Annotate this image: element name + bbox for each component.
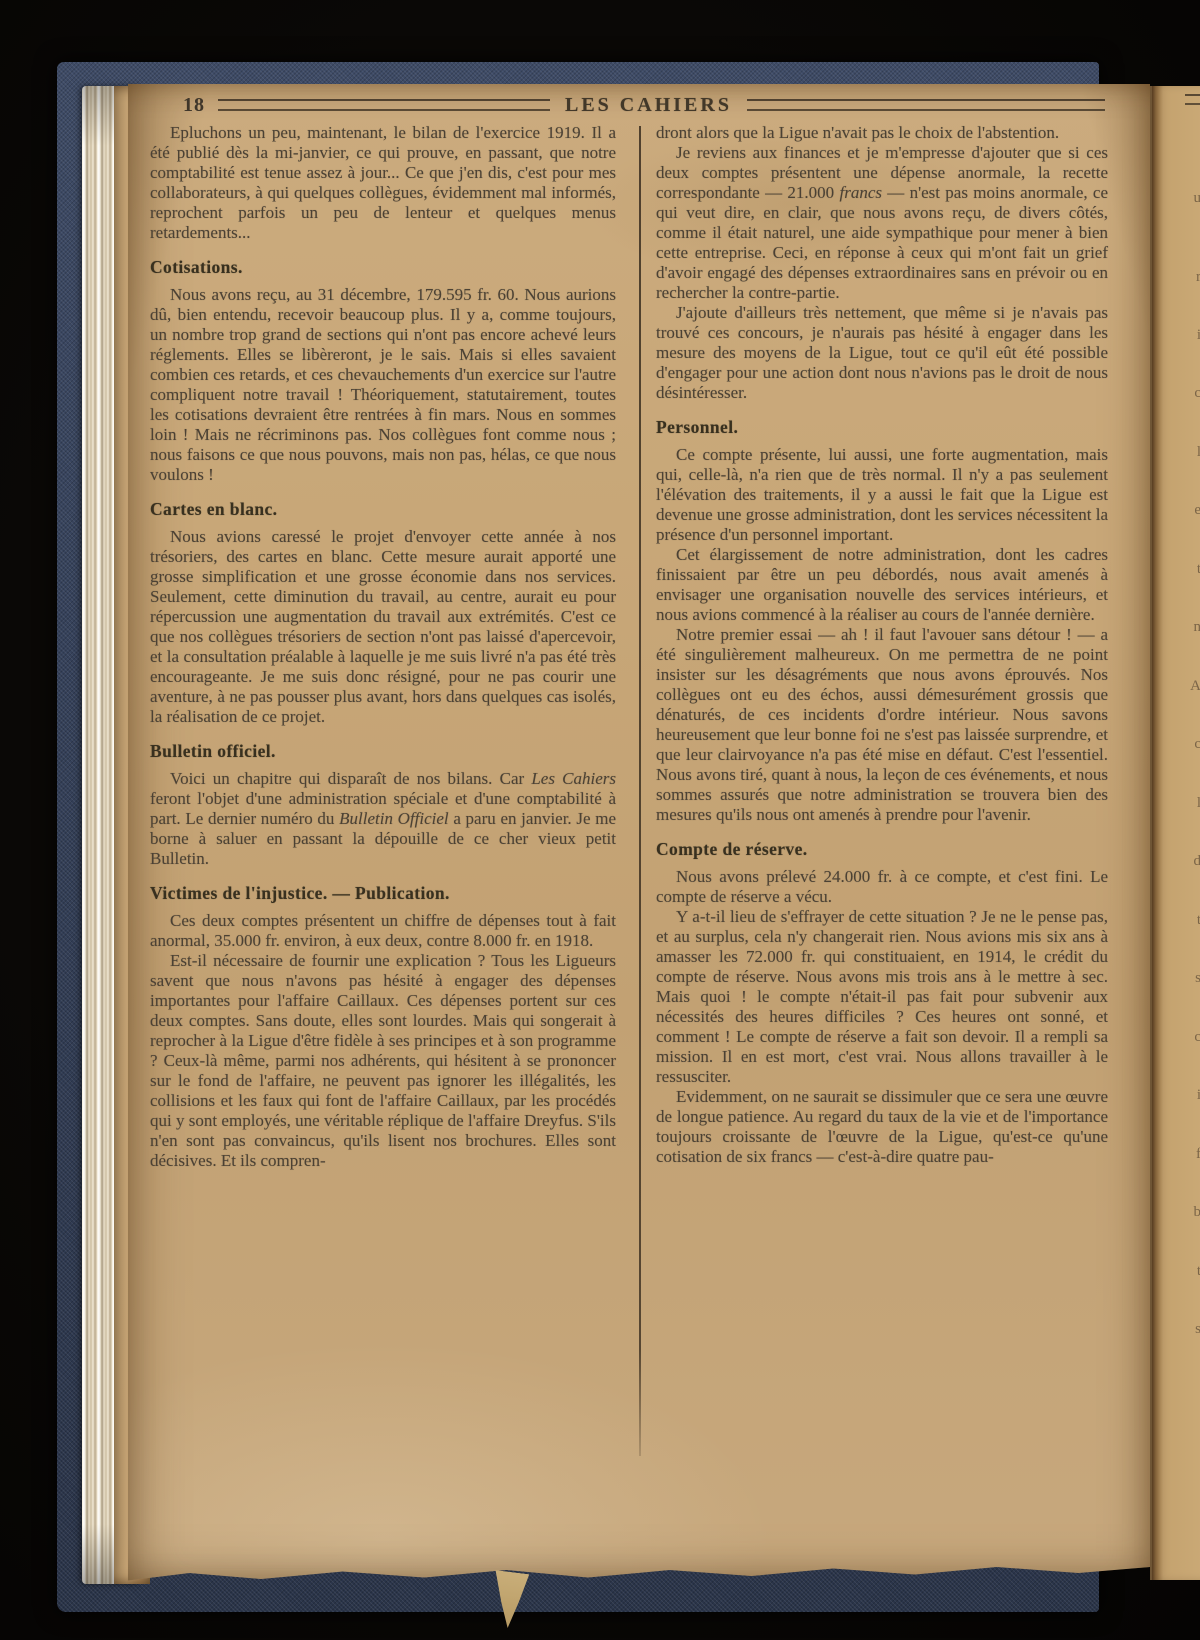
facing-page-fragment: u: [1194, 190, 1200, 207]
facing-page-fragment: s: [1195, 970, 1200, 987]
facing-page-fragment: f: [1196, 1146, 1200, 1163]
facing-page-fragment: b: [1194, 1204, 1200, 1221]
facing-page: uricletnAcldtscifbts: [1150, 86, 1200, 1580]
facing-page-fragment: c: [1194, 736, 1200, 753]
facing-page-fragment: A: [1190, 678, 1200, 695]
facing-page-fragment: s: [1195, 1321, 1200, 1338]
facing-page-rule-fragment: [1185, 94, 1200, 105]
journal-title: LES CAHIERS: [565, 94, 732, 117]
section-heading: Cotisations.: [150, 257, 616, 277]
paragraph: Notre premier essai — ah ! il faut l'avo…: [656, 625, 1108, 825]
section-heading: Victimes de l'injustice. — Publication.: [150, 883, 616, 903]
paragraph: Evidemment, on ne saurait se dissimuler …: [656, 1087, 1108, 1167]
section-heading: Cartes en blanc.: [150, 499, 616, 519]
page-number: 18: [183, 94, 205, 117]
section-heading: Compte de réserve.: [656, 839, 1108, 859]
paragraph: Epluchons un peu, maintenant, le bilan d…: [150, 123, 616, 243]
paragraph: Ces deux comptes présentent un chiffre d…: [150, 911, 616, 951]
paragraph: Nous avions caressé le projet d'envoyer …: [150, 527, 616, 727]
facing-page-fragment: e: [1194, 502, 1200, 519]
paragraph: Y a-t-il lieu de s'effrayer de cette sit…: [656, 907, 1108, 1087]
column-divider: [639, 126, 641, 1456]
paragraph: dront alors que la Ligue n'avait pas le …: [656, 123, 1108, 143]
paragraph: Nous avons reçu, au 31 décembre, 179.595…: [150, 285, 616, 485]
section-heading: Bulletin officiel.: [150, 741, 616, 761]
paragraph: Voici un chapitre qui disparaît de nos b…: [150, 769, 616, 869]
paragraph: Est-il nécessaire de fournir une explica…: [150, 951, 616, 1171]
paragraph: Je reviens aux finances et je m'empresse…: [656, 143, 1108, 303]
paragraph: Cet élargissement de notre administratio…: [656, 545, 1108, 625]
page-header: 18 LES CAHIERS: [183, 91, 1105, 119]
facing-page-fragment: r: [1196, 269, 1200, 286]
header-rule-left: [218, 99, 550, 111]
paragraph: Ce compte présente, lui aussi, une forte…: [656, 445, 1108, 545]
facing-page-fragment: n: [1194, 619, 1200, 636]
paragraph: Nous avons prélevé 24.000 fr. à ce compt…: [656, 867, 1108, 907]
section-heading: Personnel.: [656, 417, 1108, 437]
column-left: Epluchons un peu, maintenant, le bilan d…: [150, 123, 616, 1171]
scanned-page: 18 LES CAHIERS Epluchons un peu, mainten…: [128, 84, 1150, 1582]
column-right: dront alors que la Ligue n'avait pas le …: [656, 123, 1108, 1167]
paragraph: J'ajoute d'ailleurs très nettement, que …: [656, 303, 1108, 403]
facing-page-fragment: c: [1194, 1029, 1200, 1046]
facing-page-fragment: d: [1194, 853, 1200, 870]
facing-page-fragment: c: [1194, 385, 1200, 402]
header-rule-right: [747, 99, 1105, 111]
